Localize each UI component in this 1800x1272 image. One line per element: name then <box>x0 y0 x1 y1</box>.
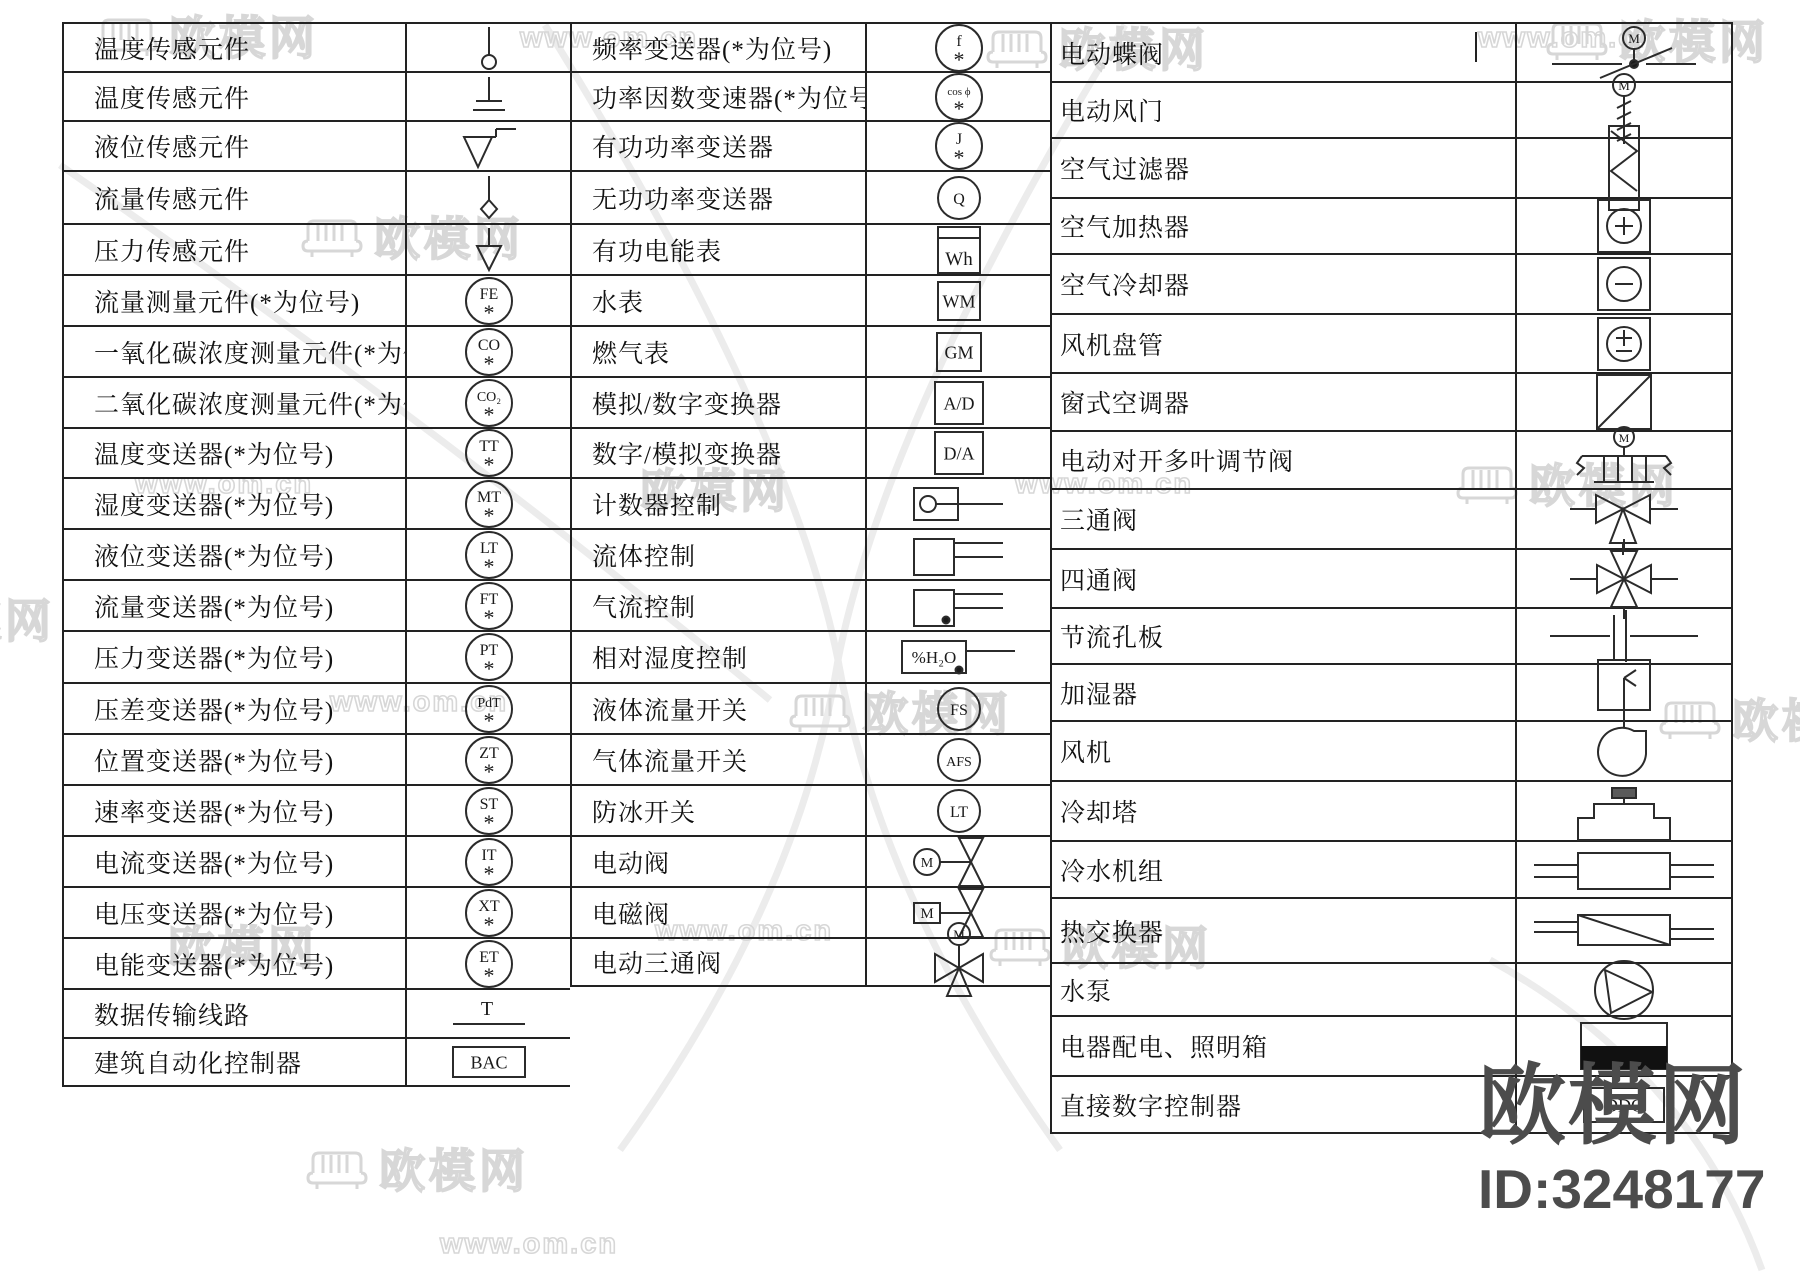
svg-text:M: M <box>1619 431 1630 445</box>
row-label: 数字/模拟变换器 <box>572 429 867 477</box>
table-row: 流量测量元件(*为位号)FE* <box>64 276 570 327</box>
table-row: 热交换器 <box>1052 899 1731 964</box>
circle2-icon: cos ϕ* <box>867 73 1050 120</box>
table-row: 二氧化碳浓度测量元件(*为位号)CO₂* <box>64 378 570 429</box>
circle2-icon: CO₂* <box>407 378 570 427</box>
site-name-watermark: 欧模网 <box>0 585 55 651</box>
row-label: 液体流量开关 <box>572 684 867 733</box>
table-row: 温度传感元件 <box>64 73 570 122</box>
circle2-icon: CO* <box>407 327 570 376</box>
site-watermark-id: ID:3248177 <box>1478 1162 1800 1217</box>
box-icon: D/A <box>867 429 1050 477</box>
row-label: 热交换器 <box>1052 899 1517 962</box>
row-label: 模拟/数字变换器 <box>572 378 867 427</box>
row-label: 二氧化碳浓度测量元件(*为位号) <box>64 378 407 427</box>
legend-group-sensors-and-transmitters: 温度传感元件温度传感元件液位传感元件流量传感元件压力传感元件流量测量元件(*为位… <box>62 22 570 1087</box>
row-label: 有功电能表 <box>572 225 867 274</box>
row-label: 三通阀 <box>1052 490 1517 548</box>
svg-text:*: * <box>483 402 494 427</box>
circle2-icon: TT* <box>407 429 570 477</box>
table-row: 电压变送器(*为位号)XT* <box>64 888 570 939</box>
row-label: 电动风门 <box>1052 83 1517 137</box>
row-label: 无功功率变送器 <box>572 172 867 223</box>
row-label: 频率变送器(*为位号) <box>572 24 867 71</box>
stray-mark <box>1475 32 1477 62</box>
circle1-icon: LT <box>867 786 1050 835</box>
motor-3way-valve-icon: M <box>867 939 1050 985</box>
row-label: 风机盘管 <box>1052 315 1517 372</box>
svg-text:*: * <box>483 861 494 886</box>
row-label: 直接数字控制器 <box>1052 1077 1517 1132</box>
table-row: 气流控制 <box>572 581 1050 632</box>
row-label: 位置变送器(*为位号) <box>64 735 407 784</box>
table-row: 位置变送器(*为位号)ZT* <box>64 735 570 786</box>
row-label: 冷却塔 <box>1052 782 1517 840</box>
circle1-icon: AFS <box>867 735 1050 784</box>
circle2-icon: f* <box>867 24 1050 71</box>
t-line-icon: T <box>407 990 570 1037</box>
wh-box-icon: Wh <box>867 225 1050 274</box>
chiller-icon <box>1517 842 1731 897</box>
row-label: 风机 <box>1052 722 1517 780</box>
row-label: 空气冷却器 <box>1052 255 1517 313</box>
table-row: 速率变送器(*为位号)ST* <box>64 786 570 837</box>
stem-bars-icon <box>407 73 570 120</box>
pump-icon <box>1517 964 1731 1015</box>
table-row: 燃气表GM <box>572 327 1050 378</box>
legend-group-meters-and-controls: 频率变送器(*为位号)f*功率因数变速器(*为位号)cos ϕ*有功功率变送器J… <box>570 22 1050 987</box>
row-label: 液位传感元件 <box>64 122 407 170</box>
table-row: 流量传感元件 <box>64 172 570 225</box>
circle2-icon: LT* <box>407 530 570 579</box>
circle2-icon: PT* <box>407 632 570 682</box>
svg-text:AFS: AFS <box>946 755 972 770</box>
svg-text:*: * <box>483 708 494 733</box>
site-watermark-name: 欧模网 <box>1478 1062 1800 1150</box>
circle2-icon: ZT* <box>407 735 570 784</box>
svg-text:*: * <box>483 503 494 528</box>
svg-text:*: * <box>483 452 494 477</box>
svg-text:FS: FS <box>950 702 968 719</box>
tri-level-icon <box>407 122 570 170</box>
row-label: 加湿器 <box>1052 665 1517 720</box>
table-row: 气体流量开关AFS <box>572 735 1050 786</box>
row-label: 温度变送器(*为位号) <box>64 429 407 477</box>
svg-text:*: * <box>483 300 494 325</box>
svg-text:Q: Q <box>953 191 965 208</box>
row-label: 电压变送器(*为位号) <box>64 888 407 937</box>
table-row: 一氧化碳浓度测量元件(*为位号)CO* <box>64 327 570 378</box>
table-row: 加湿器 <box>1052 665 1731 722</box>
table-row: 数字/模拟变换器D/A <box>572 429 1050 479</box>
row-label: 空气过滤器 <box>1052 139 1517 197</box>
table-row: 液位传感元件 <box>64 122 570 172</box>
window-ac-icon <box>1517 374 1731 430</box>
row-label: 计数器控制 <box>572 479 867 528</box>
circle2-icon: IT* <box>407 837 570 886</box>
table-row: 液体流量开关FS <box>572 684 1050 735</box>
row-label: 功率因数变速器(*为位号) <box>572 73 867 120</box>
circle2-icon: XT* <box>407 888 570 937</box>
row-label: 流量传感元件 <box>64 172 407 223</box>
table-row: 计数器控制 <box>572 479 1050 530</box>
row-label: 电流变送器(*为位号) <box>64 837 407 886</box>
table-row: 窗式空调器 <box>1052 374 1731 432</box>
air-cooler-icon <box>1517 255 1731 313</box>
table-row: 水表WM <box>572 276 1050 327</box>
svg-text:M: M <box>920 856 933 871</box>
row-label: 节流孔板 <box>1052 609 1517 663</box>
table-row: 空气过滤器 <box>1052 139 1731 199</box>
table-row: 模拟/数字变换器A/D <box>572 378 1050 429</box>
table-row: 湿度变送器(*为位号)MT* <box>64 479 570 530</box>
row-label: 电动对开多叶调节阀 <box>1052 432 1517 488</box>
box-icon: BAC <box>407 1039 570 1085</box>
row-label: 有功功率变送器 <box>572 122 867 170</box>
table-row: 温度传感元件 <box>64 24 570 73</box>
svg-text:A/D: A/D <box>943 393 974 413</box>
svg-text:BAC: BAC <box>470 1052 507 1072</box>
svg-text:LT: LT <box>949 804 967 821</box>
svg-text:M: M <box>1618 78 1630 93</box>
legend-group-hvac-equipment: 电动蝶阀M电动风门M空气过滤器空气加热器空气冷却器风机盘管窗式空调器电动对开多叶… <box>1050 22 1733 1134</box>
svg-text:*: * <box>483 656 494 681</box>
stem-circle-icon <box>407 24 570 71</box>
table-row: 有功电能表Wh <box>572 225 1050 276</box>
circle2-icon: ST* <box>407 786 570 835</box>
row-label: 电动蝶阀 <box>1052 24 1517 81</box>
svg-text:M: M <box>1628 31 1640 46</box>
row-label: 一氧化碳浓度测量元件(*为位号) <box>64 327 407 376</box>
row-label: 建筑自动化控制器 <box>64 1039 407 1085</box>
row-label: 燃气表 <box>572 327 867 376</box>
svg-text:*: * <box>483 351 494 376</box>
row-label: 四通阀 <box>1052 550 1517 607</box>
counter-control-icon <box>867 479 1050 528</box>
svg-text:Wh: Wh <box>945 249 973 270</box>
row-label: 温度传感元件 <box>64 73 407 120</box>
multiblade-damper-icon: M <box>1517 432 1731 488</box>
table-row: 电流变送器(*为位号)IT* <box>64 837 570 888</box>
row-label: 空气加热器 <box>1052 199 1517 253</box>
table-row: 液位变送器(*为位号)LT* <box>64 530 570 581</box>
svg-text:T: T <box>480 998 492 1020</box>
table-row: 建筑自动化控制器BAC <box>64 1039 570 1087</box>
circle2-icon: J* <box>867 122 1050 170</box>
row-label: 流体控制 <box>572 530 867 579</box>
row-label: 相对湿度控制 <box>572 632 867 682</box>
row-label: 水泵 <box>1052 964 1517 1015</box>
row-label: 电能变送器(*为位号) <box>64 939 407 988</box>
svg-text:D/A: D/A <box>943 443 974 463</box>
table-row: 频率变送器(*为位号)f* <box>572 24 1050 73</box>
four-way-valve-icon <box>1517 550 1731 607</box>
row-label: 电器配电、照明箱 <box>1052 1017 1517 1075</box>
table-row: 数据传输线路T <box>64 990 570 1039</box>
table-row: 风机 <box>1052 722 1731 782</box>
air-heater-icon <box>1517 199 1731 253</box>
table-row: 空气加热器 <box>1052 199 1731 255</box>
heat-exchanger-icon <box>1517 899 1731 962</box>
circle2-icon: PdT* <box>407 684 570 733</box>
row-label: 温度传感元件 <box>64 24 407 71</box>
row-label: 流量变送器(*为位号) <box>64 581 407 630</box>
table-row: 温度变送器(*为位号)TT* <box>64 429 570 479</box>
row-label: 压差变送器(*为位号) <box>64 684 407 733</box>
table-row: 电能变送器(*为位号)ET* <box>64 939 570 990</box>
table-row: 冷水机组 <box>1052 842 1731 899</box>
row-label: 数据传输线路 <box>64 990 407 1037</box>
row-label: 窗式空调器 <box>1052 374 1517 430</box>
table-row: 相对湿度控制%H₂O <box>572 632 1050 684</box>
fan-icon <box>1517 722 1731 780</box>
circle1-icon: Q <box>867 172 1050 223</box>
table-row: 压差变送器(*为位号)PdT* <box>64 684 570 735</box>
table-row: 有功功率变送器J* <box>572 122 1050 172</box>
table-row: 压力变送器(*为位号)PT* <box>64 632 570 684</box>
row-label: 速率变送器(*为位号) <box>64 786 407 835</box>
svg-text:WM: WM <box>942 291 975 311</box>
svg-text:GM: GM <box>944 342 973 362</box>
row-label: 水表 <box>572 276 867 325</box>
circle2-icon: ET* <box>407 939 570 988</box>
svg-text:*: * <box>483 554 494 579</box>
circle2-icon: FE* <box>407 276 570 325</box>
row-label: 液位变送器(*为位号) <box>64 530 407 579</box>
humidity-control-icon: %H₂O <box>867 632 1050 682</box>
air-filter-icon <box>1517 139 1731 197</box>
row-label: 压力传感元件 <box>64 225 407 274</box>
site-watermark: 欧模网 ID:3248177 <box>1478 1062 1800 1217</box>
table-row: 空气冷却器 <box>1052 255 1731 315</box>
circle1-icon: FS <box>867 684 1050 733</box>
svg-text:*: * <box>953 96 964 121</box>
row-label: 流量测量元件(*为位号) <box>64 276 407 325</box>
table-row: 压力传感元件 <box>64 225 570 276</box>
svg-text:%H₂O: %H₂O <box>911 648 956 667</box>
row-label: 冷水机组 <box>1052 842 1517 897</box>
circle2-icon: FT* <box>407 581 570 630</box>
table-row: 无功功率变送器Q <box>572 172 1050 225</box>
row-label: 气流控制 <box>572 581 867 630</box>
humidifier-icon <box>1517 665 1731 720</box>
row-label: 压力变送器(*为位号) <box>64 632 407 682</box>
svg-text:*: * <box>953 145 964 170</box>
row-label: 气体流量开关 <box>572 735 867 784</box>
box-icon: GM <box>867 327 1050 376</box>
row-label: 电动三通阀 <box>572 939 867 985</box>
table-row: 四通阀 <box>1052 550 1731 609</box>
flow-control-icon <box>867 530 1050 579</box>
table-row: 风机盘管 <box>1052 315 1731 374</box>
svg-text:*: * <box>483 963 494 988</box>
svg-text:M: M <box>953 927 965 942</box>
row-label: 电磁阀 <box>572 888 867 937</box>
row-label: 电动阀 <box>572 837 867 886</box>
row-label: 湿度变送器(*为位号) <box>64 479 407 528</box>
sofa-logo-watermark: 欧模网 <box>305 1135 529 1201</box>
box-icon: WM <box>867 276 1050 325</box>
table-row: 冷却塔 <box>1052 782 1731 842</box>
stem-tri-icon <box>407 225 570 274</box>
table-row: 流量变送器(*为位号)FT* <box>64 581 570 632</box>
fan-coil-icon <box>1517 315 1731 372</box>
table-row: 流体控制 <box>572 530 1050 581</box>
svg-text:*: * <box>483 810 494 835</box>
svg-text:*: * <box>483 605 494 630</box>
table-row: 水泵 <box>1052 964 1731 1017</box>
circle2-icon: MT* <box>407 479 570 528</box>
cad-legend-sheet: 欧模网www.om.cn 欧模网www.om.cn 欧模网 欧模网欧模网www.… <box>0 0 1800 1272</box>
row-label: 防冰开关 <box>572 786 867 835</box>
box-icon: A/D <box>867 378 1050 427</box>
svg-text:*: * <box>483 759 494 784</box>
svg-text:*: * <box>483 912 494 937</box>
table-row: 功率因数变速器(*为位号)cos ϕ* <box>572 73 1050 122</box>
site-url-watermark: www.om.cn <box>440 1228 618 1261</box>
cooling-tower-icon <box>1517 782 1731 840</box>
svg-text:*: * <box>953 47 964 72</box>
table-row: 电动三通阀M <box>572 939 1050 987</box>
airflow-control-icon <box>867 581 1050 630</box>
stem-diamond-icon <box>407 172 570 223</box>
